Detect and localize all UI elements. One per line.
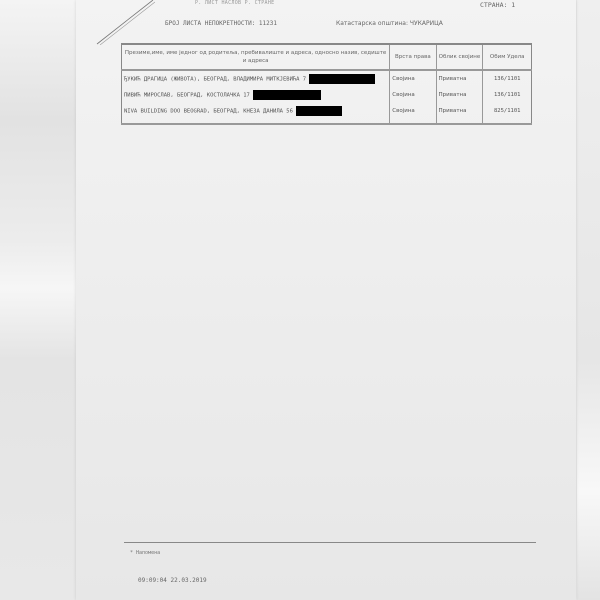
- page-number: СТРАНА: 1: [480, 1, 515, 9]
- share-cell: 136/1101: [483, 70, 532, 87]
- header-ownership-form: Облик својине: [436, 44, 483, 70]
- redaction-bar: [309, 74, 375, 84]
- header-share: Обим Удела: [483, 44, 532, 70]
- share-cell: 825/1101: [483, 103, 532, 124]
- background-right: [577, 0, 600, 600]
- background-left: [0, 0, 76, 600]
- owner-cell: ЂУКИЋ ДРАГИЦА (ЖИВОТА), БЕОГРАД, ВЛАДИМИ…: [122, 70, 390, 87]
- table-row: ПИВИЋ МИРОСЛАВ, БЕОГРАД, КОСТОЛАЧКА 17 С…: [122, 87, 532, 103]
- owners-table: Презиме,име, име једног од родитеља, пре…: [121, 43, 532, 125]
- clipped-header-text: Р. ЛИСТ НАСЛОВ Р. СТРАНЕ: [195, 0, 274, 6]
- property-list-number: БРОЈ ЛИСТА НЕПОКРЕТНОСТИ: 11231: [165, 20, 277, 27]
- owner-text: ПИВИЋ МИРОСЛАВ, БЕОГРАД, КОСТОЛАЧКА 17: [124, 93, 250, 99]
- fold-line-decoration: [95, 0, 155, 45]
- share-cell: 136/1101: [483, 87, 532, 103]
- ownership-form-cell: Приватна: [436, 70, 483, 87]
- owner-text: NIVA BUILDING DOO BEOGRAD, БЕОГРАД, КНЕЗ…: [124, 109, 293, 115]
- cadastral-municipality: Катастарска општина: ЧУКАРИЦА: [336, 20, 443, 27]
- ownership-form-cell: Приватна: [436, 87, 483, 103]
- table-header-row: Презиме,име, име једног од родитеља, пре…: [122, 44, 532, 70]
- owner-cell: ПИВИЋ МИРОСЛАВ, БЕОГРАД, КОСТОЛАЧКА 17: [122, 87, 390, 103]
- table-row: ЂУКИЋ ДРАГИЦА (ЖИВОТА), БЕОГРАД, ВЛАДИМИ…: [122, 70, 532, 87]
- redaction-bar: [296, 106, 342, 116]
- owner-cell: NIVA BUILDING DOO BEOGRAD, БЕОГРАД, КНЕЗ…: [122, 103, 390, 124]
- redaction-bar: [253, 90, 321, 100]
- owner-text: ЂУКИЋ ДРАГИЦА (ЖИВОТА), БЕОГРАД, ВЛАДИМИ…: [124, 77, 306, 83]
- ownership-form-cell: Приватна: [436, 103, 483, 124]
- header-owner: Презиме,име, име једног од родитеља, пре…: [122, 44, 390, 70]
- print-timestamp: 09:09:04 22.03.2019: [138, 577, 207, 584]
- table-row: NIVA BUILDING DOO BEOGRAD, БЕОГРАД, КНЕЗ…: [122, 103, 532, 124]
- header-right-type: Врста права: [390, 44, 436, 70]
- right-type-cell: Својина: [390, 103, 436, 124]
- right-type-cell: Својина: [390, 70, 436, 87]
- footnote: * Напомена: [130, 550, 160, 556]
- right-type-cell: Својина: [390, 87, 436, 103]
- footer-divider: [124, 542, 536, 543]
